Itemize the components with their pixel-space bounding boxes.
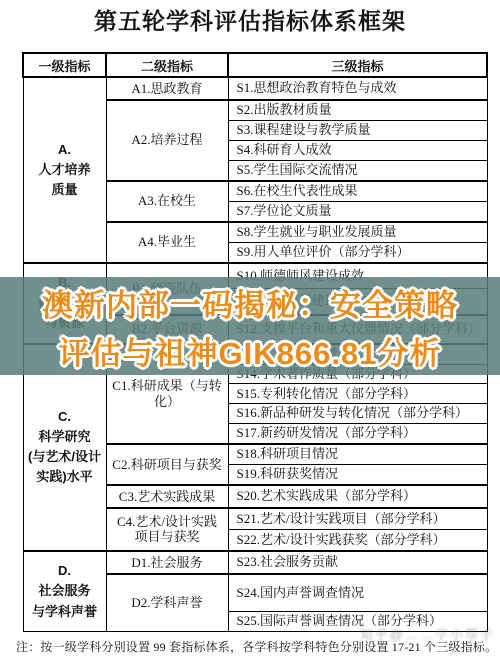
document-page: 第五轮学科评估指标体系框架 一级指标 二级指标 三级指标 A.人才培养质量A1.…: [0, 0, 500, 656]
level3-indicator-cell: S2.出版教材质量: [228, 100, 487, 121]
watermark-text: 知乎@……学小帮手: [360, 624, 495, 643]
level3-indicator-cell: S18.科研项目情况: [228, 444, 487, 465]
level1-indicator-cell: A.人才培养质量: [23, 77, 106, 263]
level3-indicator-cell: S20.艺术实践成果（部分学科）: [228, 485, 487, 508]
table-row: A.人才培养质量A1.思政教育S1.思想政治教育特色与成效: [23, 77, 487, 100]
level3-indicator-cell: S17.新药研发情况（部分学科）: [228, 424, 487, 445]
level2-indicator-cell: C3.艺术实践成果: [106, 485, 228, 508]
table-header-row: 一级指标 二级指标 三级指标: [23, 53, 487, 77]
column-header-level1: 一级指标: [23, 53, 106, 77]
level3-indicator-cell: S3.课程建设与教学质量: [228, 120, 487, 140]
level2-indicator-cell: C2.科研项目与获奖: [106, 444, 228, 485]
promo-overlay-text-line1: 澳新内部一码揭秘：安全策略: [42, 280, 458, 325]
level3-indicator-cell: S16.新品种研发与转化情况（部分学科）: [228, 404, 487, 424]
page-title: 第五轮学科评估指标体系框架: [0, 3, 500, 36]
level3-indicator-cell: S19.科研获奖情况: [228, 465, 487, 486]
level2-indicator-cell: D2.学科声誉: [106, 574, 228, 632]
level3-indicator-cell: S22.艺术/设计实践获奖（部分学科）: [228, 529, 487, 551]
level2-indicator-cell: A1.思政教育: [106, 77, 228, 100]
level1-indicator-cell: D.社会服务与学科声誉: [23, 551, 106, 632]
level2-indicator-cell: A2.培养过程: [106, 100, 228, 181]
level3-indicator-cell: S7.学位论文质量: [228, 201, 487, 222]
level3-indicator-cell: S9.用人单位评价（部分学科）: [228, 242, 487, 263]
level3-indicator-cell: S1.思想政治教育特色与成效: [228, 77, 487, 100]
level3-indicator-cell: S21.艺术/设计实践项目（部分学科）: [228, 508, 487, 530]
level3-indicator-cell: S5.学生国际交流情况: [228, 160, 487, 181]
level3-indicator-cell: S6.在校生代表性成果: [228, 181, 487, 202]
level2-indicator-cell: A3.在校生: [106, 181, 228, 222]
level3-indicator-cell: S8.学生就业与职业发展质量: [228, 222, 487, 243]
promo-overlay-text-line2: 评估与祖神GIK866.81分析: [59, 328, 442, 373]
level3-indicator-cell: S15.专利转化情况（部分学科）: [228, 384, 487, 404]
level2-indicator-cell: C4.艺术/设计实践项目与获奖: [106, 508, 228, 551]
column-header-level3: 三级指标: [228, 53, 487, 77]
level2-indicator-cell: D1.社会服务: [106, 551, 228, 574]
table-row: D.社会服务与学科声誉D1.社会服务S23.社会服务贡献: [23, 551, 487, 574]
level2-indicator-cell: A4.毕业生: [106, 222, 228, 263]
level3-indicator-cell: S23.社会服务贡献: [228, 551, 487, 574]
level3-indicator-cell: S24.国内声誉调查情况: [228, 574, 487, 612]
column-header-level2: 二级指标: [106, 53, 228, 77]
promo-overlay-banner: 澳新内部一码揭秘：安全策略 评估与祖神GIK866.81分析: [0, 277, 500, 375]
level3-indicator-cell: S4.科研育人成效: [228, 140, 487, 160]
